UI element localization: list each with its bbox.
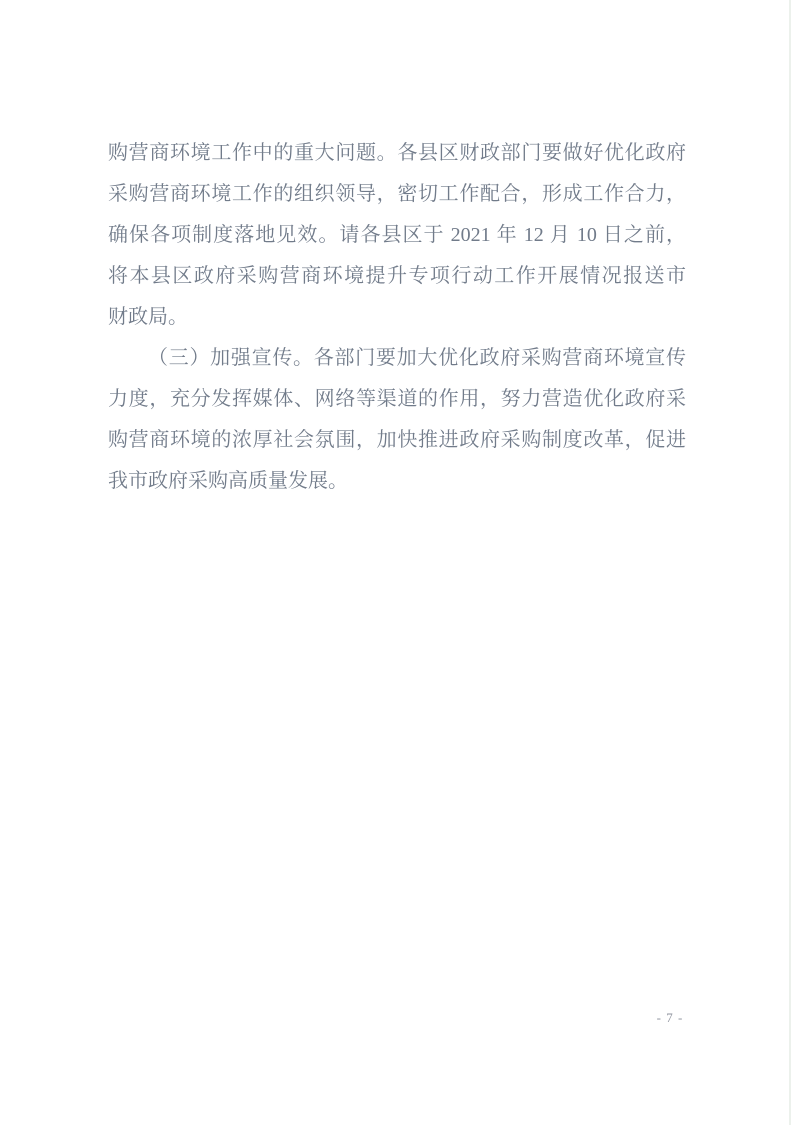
document-page: 购营商环境工作中的重大问题。各县区财政部门要做好优化政府 采购营商环境工作的组织… bbox=[0, 0, 794, 1125]
body-line: 将本县区政府采购营商环境提升专项行动工作开展情况报送市 bbox=[108, 256, 686, 297]
body-line: 确保各项制度落地见效。请各县区于 2021 年 12 月 10 日之前， bbox=[108, 215, 686, 256]
body-line: 财政局。 bbox=[108, 297, 686, 338]
page-number: - 7 - bbox=[648, 1010, 692, 1026]
scan-edge-artifact bbox=[789, 0, 791, 1125]
body-line: 我市政府采购高质量发展。 bbox=[108, 461, 686, 502]
body-line: 力度，充分发挥媒体、网络等渠道的作用，努力营造优化政府采 bbox=[108, 379, 686, 420]
body-line: 采购营商环境工作的组织领导，密切工作配合，形成工作合力， bbox=[108, 174, 686, 215]
document-body: 购营商环境工作中的重大问题。各县区财政部门要做好优化政府 采购营商环境工作的组织… bbox=[108, 133, 686, 502]
body-line: 购营商环境的浓厚社会氛围，加快推进政府采购制度改革，促进 bbox=[108, 420, 686, 461]
paragraph-2: （三）加强宣传。各部门要加大优化政府采购营商环境宣传 力度，充分发挥媒体、网络等… bbox=[108, 338, 686, 502]
paragraph-1: 购营商环境工作中的重大问题。各县区财政部门要做好优化政府 采购营商环境工作的组织… bbox=[108, 133, 686, 338]
body-line: （三）加强宣传。各部门要加大优化政府采购营商环境宣传 bbox=[108, 338, 686, 379]
body-line: 购营商环境工作中的重大问题。各县区财政部门要做好优化政府 bbox=[108, 133, 686, 174]
